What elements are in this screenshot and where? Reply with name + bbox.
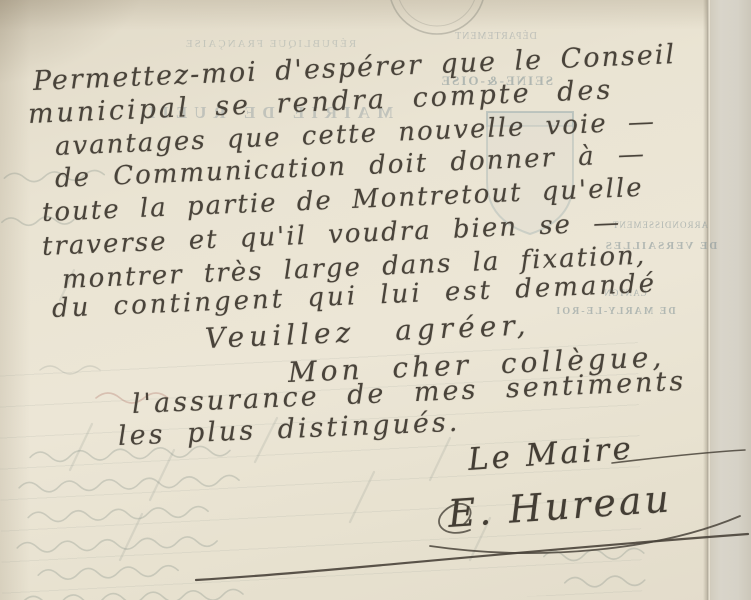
ink-flourishes xyxy=(0,0,751,600)
paraph-flourish xyxy=(196,534,748,580)
letter-photo: RÉPUBLIQUE FRANÇAISE DÉPARTEMENT SEINE-&… xyxy=(0,0,751,600)
le-maire-underline xyxy=(612,450,745,463)
signature-loop xyxy=(439,504,471,533)
